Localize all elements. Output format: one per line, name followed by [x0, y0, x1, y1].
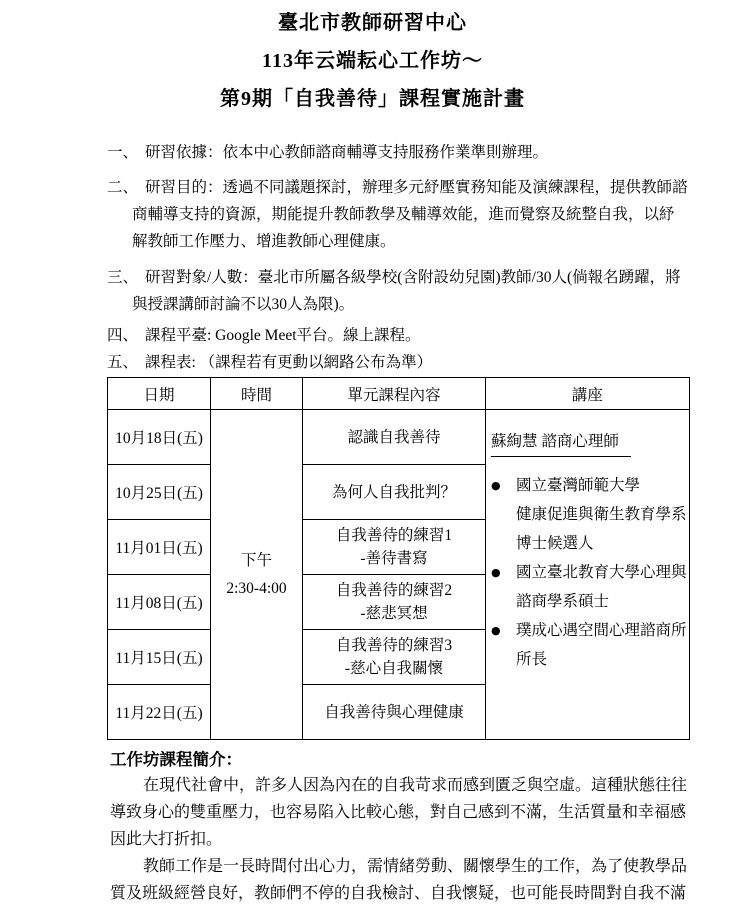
header-time: 時間 — [211, 378, 303, 410]
item-text: 課程表: （課程若有更動以網路公布為準） — [132, 349, 692, 376]
session-date: 11月15日(五) — [108, 630, 211, 685]
workshop-intro: 工作坊課程簡介： 在現代社會中，許多人因為內在的自我苛求而感到匱乏與空虛。這種狀… — [110, 748, 710, 907]
item-text: 課程平臺: Google Meet平台。線上課程。 — [132, 322, 692, 349]
item-text: 研習依據：依本中心教師諮商輔導支持服務作業準則辦理。 — [132, 139, 692, 166]
item-text: 研習目的：透過不同議題探討，辦理多元紓壓實務知能及演練課程，提供教師諮 商輔導支… — [132, 174, 692, 255]
session-time: 下午 2:30-4:00 — [211, 410, 303, 740]
item-marker: 一、 — [107, 139, 138, 166]
credential-text: 國立臺灣師範大學 健康促進與衛生教育學系 博士候選人 — [516, 471, 687, 558]
header-date: 日期 — [108, 378, 211, 410]
document-title-line-1: 臺北市教師研習中心 — [0, 4, 745, 42]
intro-heading: 工作坊課程簡介： — [110, 748, 710, 772]
bullet-icon: ● — [491, 471, 516, 500]
item-text: 研習對象/人數：臺北市所屬各級學校(含附設幼兒園)教師/30人(倘報名踴躍，將 … — [132, 264, 692, 318]
session-date: 11月01日(五) — [108, 520, 211, 575]
bullet-icon: ● — [491, 616, 516, 645]
credential-item: ● 國立臺灣師範大學 健康促進與衛生教育學系 博士候選人 — [491, 471, 687, 558]
credential-item: ● 國立臺北教育大學心理與 諮商學系碩士 — [491, 558, 687, 616]
item-marker: 三、 — [107, 264, 138, 291]
numbered-items: 一、 研習依據：依本中心教師諮商輔導支持服務作業準則辦理。 二、 研習目的：透過… — [132, 139, 692, 376]
credential-text: 璞成心遇空間心理諮商所 所長 — [516, 616, 687, 674]
session-date: 11月08日(五) — [108, 575, 211, 630]
session-topic: 自我善待的練習3 -慈心自我關懷 — [303, 630, 486, 685]
intro-paragraph: 在現代社會中，許多人因為內在的自我苛求而感到匱乏與空虛。這種狀態往往 導致身心的… — [110, 772, 710, 853]
item-marker: 四、 — [107, 322, 138, 349]
table-row: 10月18日(五) 下午 2:30-4:00 認識自我善待 蘇絢慧 諮商心理師 … — [108, 410, 690, 465]
header-topic: 單元課程內容 — [303, 378, 486, 410]
item-basis: 一、 研習依據：依本中心教師諮商輔導支持服務作業準則辦理。 — [132, 139, 692, 166]
item-marker: 二、 — [107, 174, 138, 201]
session-date: 10月25日(五) — [108, 465, 211, 520]
title-block: 臺北市教師研習中心 113年云端耘心工作坊～ 第9期「自我善待」課程實施計畫 — [0, 4, 745, 118]
document-title-line-3: 第9期「自我善待」課程實施計畫 — [0, 80, 745, 118]
session-topic: 自我善待與心理健康 — [303, 685, 486, 740]
course-schedule-table: 日期 時間 單元課程內容 講座 10月18日(五) 下午 2:30-4:00 認… — [107, 377, 690, 740]
document-title-line-2: 113年云端耘心工作坊～ — [0, 42, 745, 80]
item-platform: 四、 課程平臺: Google Meet平台。線上課程。 — [132, 322, 692, 349]
lecturer-cell: 蘇絢慧 諮商心理師 ● 國立臺灣師範大學 健康促進與衛生教育學系 博士候選人 ●… — [486, 410, 690, 740]
session-date: 10月18日(五) — [108, 410, 211, 465]
table-header-row: 日期 時間 單元課程內容 講座 — [108, 378, 690, 410]
item-marker: 五、 — [107, 349, 138, 376]
session-topic: 自我善待的練習1 -善待書寫 — [303, 520, 486, 575]
session-topic: 認識自我善待 — [303, 410, 486, 465]
intro-paragraph: 教師工作是一長時間付出心力，需情緒勞動、關懷學生的工作，為了使教學品 質及班級經… — [110, 853, 710, 907]
credential-text: 國立臺北教育大學心理與 諮商學系碩士 — [516, 558, 687, 616]
session-date: 11月22日(五) — [108, 685, 211, 740]
lecturer-credentials: ● 國立臺灣師範大學 健康促進與衛生教育學系 博士候選人 ● 國立臺北教育大學心… — [491, 471, 687, 674]
item-audience: 三、 研習對象/人數：臺北市所屬各級學校(含附設幼兒園)教師/30人(倘報名踴躍… — [132, 264, 692, 318]
item-schedule-label: 五、 課程表: （課程若有更動以網路公布為準） — [132, 349, 692, 376]
session-topic: 自我善待的練習2 -慈悲冥想 — [303, 575, 486, 630]
bullet-icon: ● — [491, 558, 516, 587]
credential-item: ● 璞成心遇空間心理諮商所 所長 — [491, 616, 687, 674]
item-purpose: 二、 研習目的：透過不同議題探討，辦理多元紓壓實務知能及演練課程，提供教師諮 商… — [132, 174, 692, 255]
header-lecturer: 講座 — [486, 378, 690, 410]
session-topic: 為何人自我批判？ — [303, 465, 486, 520]
document-page: { "document": { "title_lines": [ "臺北市教師研… — [0, 0, 745, 912]
lecturer-name: 蘇絢慧 諮商心理師 — [491, 431, 687, 457]
